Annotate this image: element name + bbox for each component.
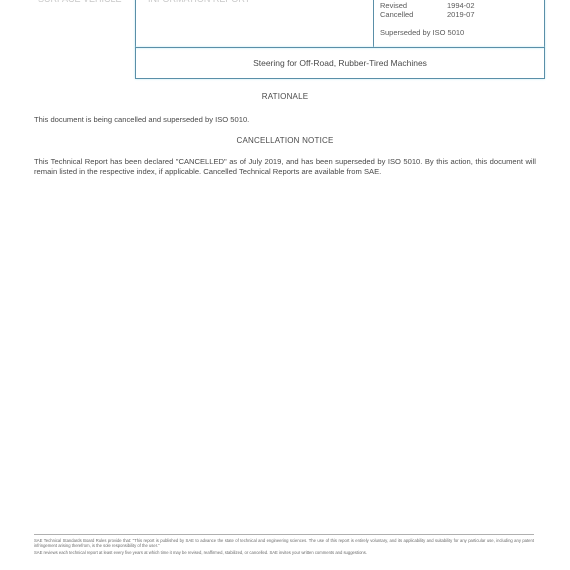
header-divider (373, 0, 374, 47)
meta-value: 1994-02 (447, 1, 475, 10)
meta-value: 2019-07 (447, 10, 475, 19)
rationale-heading: RATIONALE (0, 92, 570, 101)
document-title: Steering for Off-Road, Rubber-Tired Mach… (135, 47, 545, 79)
rationale-text: This document is being cancelled and sup… (34, 115, 536, 125)
document-header-box: Revised 1994-02 Cancelled 2019-07 Supers… (135, 0, 545, 48)
cancellation-text: This Technical Report has been declared … (34, 157, 536, 177)
footer-paragraph-2: SAE reviews each technical report at lea… (34, 550, 534, 555)
meta-label: Cancelled (380, 10, 447, 19)
cancellation-heading: CANCELLATION NOTICE (0, 136, 570, 145)
meta-row-revised: Revised 1994-02 (380, 1, 475, 10)
document-metadata: Revised 1994-02 Cancelled 2019-07 Supers… (380, 1, 475, 37)
meta-row-cancelled: Cancelled 2019-07 (380, 10, 475, 19)
meta-label: Revised (380, 1, 447, 10)
superseded-note: Superseded by ISO 5010 (380, 28, 475, 37)
footer-notice: SAE Technical Standards Board Rules prov… (34, 534, 534, 558)
header-fragment-left: SURFACE VEHICLE (38, 0, 122, 4)
footer-paragraph-1: SAE Technical Standards Board Rules prov… (34, 538, 534, 548)
